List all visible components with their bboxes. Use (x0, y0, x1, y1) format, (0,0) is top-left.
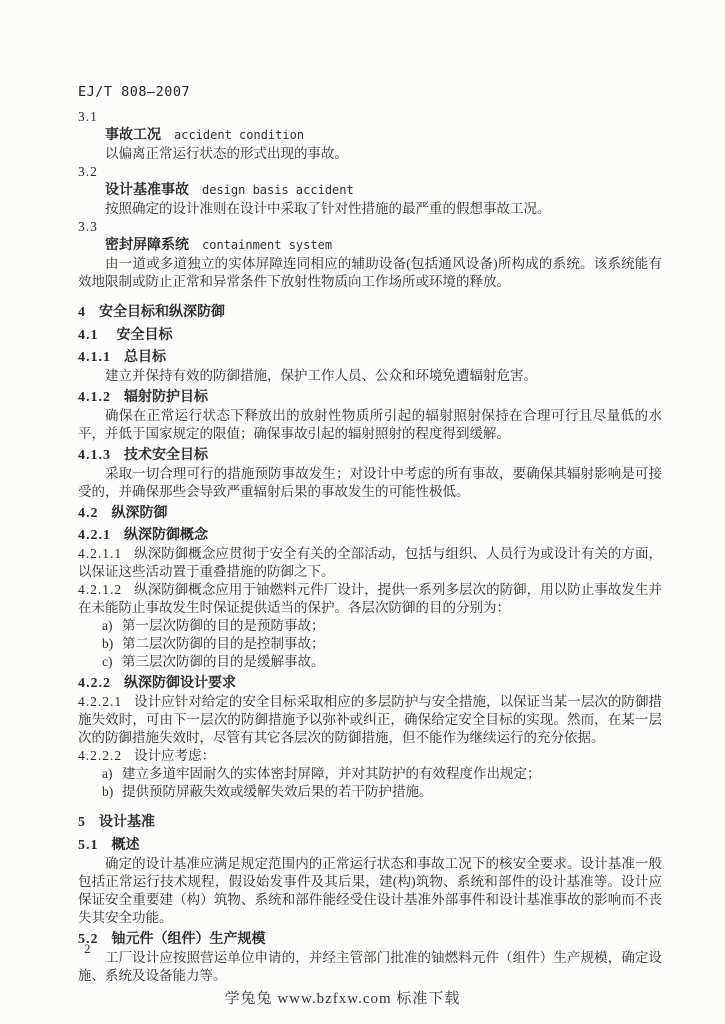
list-marker: a) (102, 765, 122, 783)
paragraph-number: 4.2.1.1 (78, 546, 122, 561)
body-paragraph: 采取一切合理可行的措施预防事故发生；对设计中考虑的所有事故，要确保其辐射影响是可… (78, 465, 662, 501)
term-en-label: containment system (202, 238, 332, 252)
paragraph-text: 纵深防御概念应贯彻于安全有关的全部活动，包括与组织、人员行为或设计有关的方面，以… (78, 546, 662, 579)
term-entry-3-1: 3.1 事故工况accident condition 以偏离正常运行状态的形式出… (78, 108, 662, 163)
term-clause-number: 3.1 (78, 108, 662, 126)
list-text: 第三层次防御的目的是缓解事故。 (122, 654, 325, 669)
chapter-title: 安全目标和纵深防御 (99, 305, 225, 320)
page-content: 3.1 事故工况accident condition 以偏离正常运行状态的形式出… (78, 108, 662, 985)
term-definition: 以偏离正常运行状态的形式出现的事故。 (78, 145, 662, 163)
term-title-line: 密封屏障系统containment system (105, 236, 662, 255)
clause-number: 4.1.3 (78, 448, 111, 463)
chapter-heading-5: 5设计基准 (78, 814, 662, 832)
clause-number: 4.1.1 (78, 350, 111, 365)
clause-title: 技术安全目标 (124, 448, 208, 463)
clause-title: 纵深防御设计要求 (124, 676, 236, 691)
term-title-line: 设计基准事故design basis accident (105, 181, 662, 200)
chapter-number: 4 (78, 305, 86, 320)
lettered-list: a)第一层次防御的目的是预防事故； b)第二层次防御的目的是控制事故； c)第三… (78, 617, 662, 671)
body-paragraph: 确定的设计基准应满足规定范围内的正常运行状态和事故工况下的核安全要求。设计基准一… (78, 855, 662, 927)
clause-number: 4.1 (78, 328, 99, 343)
numbered-paragraph-4-2-1-2: 4.2.1.2纵深防御概念应用于铀燃料元件厂设计，提供一系列多层次的防御，用以防… (78, 581, 662, 617)
list-marker: b) (102, 635, 122, 653)
paragraph-text: 设计应考虑： (134, 748, 215, 763)
term-entry-3-2: 3.2 设计基准事故design basis accident 按照确定的设计准… (78, 163, 662, 218)
footer-watermark: 学兔兔 www.bzfxw.com 标准下载 (0, 987, 685, 1008)
clause-heading-5-1: 5.1概述 (78, 837, 662, 855)
chapter-number: 5 (78, 815, 86, 830)
numbered-paragraph-4-2-2-1: 4.2.2.1设计应针对给定的安全目标采取相应的多层防护与安全措施，以保证当某一… (78, 693, 662, 747)
list-marker: a) (102, 617, 122, 635)
clause-title: 纵深防御概念 (124, 528, 208, 543)
clause-title: 概述 (112, 838, 140, 853)
list-marker: b) (102, 783, 122, 801)
list-text: 提供预防屏蔽失效或缓解失效后果的若干防护措施。 (122, 784, 433, 799)
paragraph-text: 纵深防御概念应用于铀燃料元件厂设计，提供一系列多层次的防御，用以防止事故发生并在… (78, 582, 662, 615)
clause-heading-4-2-1: 4.2.1纵深防御概念 (78, 527, 662, 545)
list-item: b)提供预防屏蔽失效或缓解失效后果的若干防护措施。 (102, 783, 662, 801)
page-number: 2 (84, 941, 91, 957)
clause-heading-4-1-1: 4.1.1总目标 (78, 349, 662, 367)
term-en-label: design basis accident (202, 183, 354, 197)
term-definition: 由一道或多道独立的实体屏障连同相应的辅助设备(包括通风设备)所构成的系统。该系统… (78, 255, 662, 291)
chapter-title: 设计基准 (99, 815, 155, 830)
term-title-line: 事故工况accident condition (105, 126, 662, 145)
list-marker: c) (102, 653, 122, 671)
clause-title: 安全目标 (117, 328, 173, 343)
numbered-paragraph-4-2-1-1: 4.2.1.1纵深防御概念应贯彻于安全有关的全部活动，包括与组织、人员行为或设计… (78, 545, 662, 581)
numbered-paragraph-4-2-2-2: 4.2.2.2设计应考虑： (78, 747, 662, 765)
clause-title: 总目标 (124, 350, 166, 365)
clause-heading-4-1-2: 4.1.2辐射防护目标 (78, 389, 662, 407)
paragraph-number: 4.2.2.2 (78, 748, 122, 763)
list-item: b)第二层次防御的目的是控制事故； (102, 635, 662, 653)
list-item: a)第一层次防御的目的是预防事故； (102, 617, 662, 635)
clause-title: 铀元件（组件）生产规模 (112, 932, 266, 947)
clause-title: 纵深防御 (112, 506, 168, 521)
clause-heading-4-2-2: 4.2.2纵深防御设计要求 (78, 675, 662, 693)
clause-heading-4-1-3: 4.1.3技术安全目标 (78, 447, 662, 465)
term-definition: 按照确定的设计准则在设计中采取了针对性措施的最严重的假想事故工况。 (78, 200, 662, 218)
list-text: 第二层次防御的目的是控制事故； (122, 636, 325, 651)
term-zh-label: 事故工况 (105, 128, 161, 143)
term-zh-label: 设计基准事故 (105, 183, 189, 198)
clause-number: 4.1.2 (78, 390, 111, 405)
clause-title: 辐射防护目标 (124, 390, 208, 405)
list-item: a)建立多道牢固耐久的实体密封屏障，并对其防护的有效程度作出规定； (102, 765, 662, 783)
term-zh-label: 密封屏障系统 (105, 238, 189, 253)
list-text: 建立多道牢固耐久的实体密封屏障，并对其防护的有效程度作出规定； (122, 766, 541, 781)
lettered-list: a)建立多道牢固耐久的实体密封屏障，并对其防护的有效程度作出规定； b)提供预防… (78, 765, 662, 801)
body-paragraph: 确保在正常运行状态下释放出的放射性物质所引起的辐射照射保持在合理可行且尽量低的水… (78, 407, 662, 443)
clause-heading-5-2: 5.2铀元件（组件）生产规模 (78, 931, 662, 949)
clause-heading-4-1: 4.1安全目标 (78, 327, 662, 345)
document-page: EJ/T 808—2007 3.1 事故工况accident condition… (0, 0, 725, 1024)
body-paragraph: 工厂设计应按照营运单位申请的，并经主管部门批准的铀燃料元件（组件）生产规模，确定… (78, 949, 662, 985)
term-en-label: accident condition (174, 128, 304, 142)
clause-number: 5.1 (78, 838, 99, 853)
clause-number: 4.2 (78, 506, 99, 521)
clause-heading-4-2: 4.2纵深防御 (78, 505, 662, 523)
doc-number-header: EJ/T 808—2007 (78, 84, 190, 100)
paragraph-number: 4.2.1.2 (78, 582, 122, 597)
list-text: 第一层次防御的目的是预防事故； (122, 618, 325, 633)
clause-number: 4.2.1 (78, 528, 111, 543)
body-paragraph: 建立并保持有效的防御措施，保护工作人员、公众和环境免遭辐射危害。 (78, 367, 662, 385)
term-entry-3-3: 3.3 密封屏障系统containment system 由一道或多道独立的实体… (78, 218, 662, 291)
term-clause-number: 3.2 (78, 163, 662, 181)
clause-number: 4.2.2 (78, 676, 111, 691)
paragraph-text: 设计应针对给定的安全目标采取相应的多层防护与安全措施，以保证当某一层次的防御措施… (78, 694, 662, 745)
chapter-heading-4: 4安全目标和纵深防御 (78, 304, 662, 322)
term-clause-number: 3.3 (78, 218, 662, 236)
list-item: c)第三层次防御的目的是缓解事故。 (102, 653, 662, 671)
paragraph-number: 4.2.2.1 (78, 694, 122, 709)
